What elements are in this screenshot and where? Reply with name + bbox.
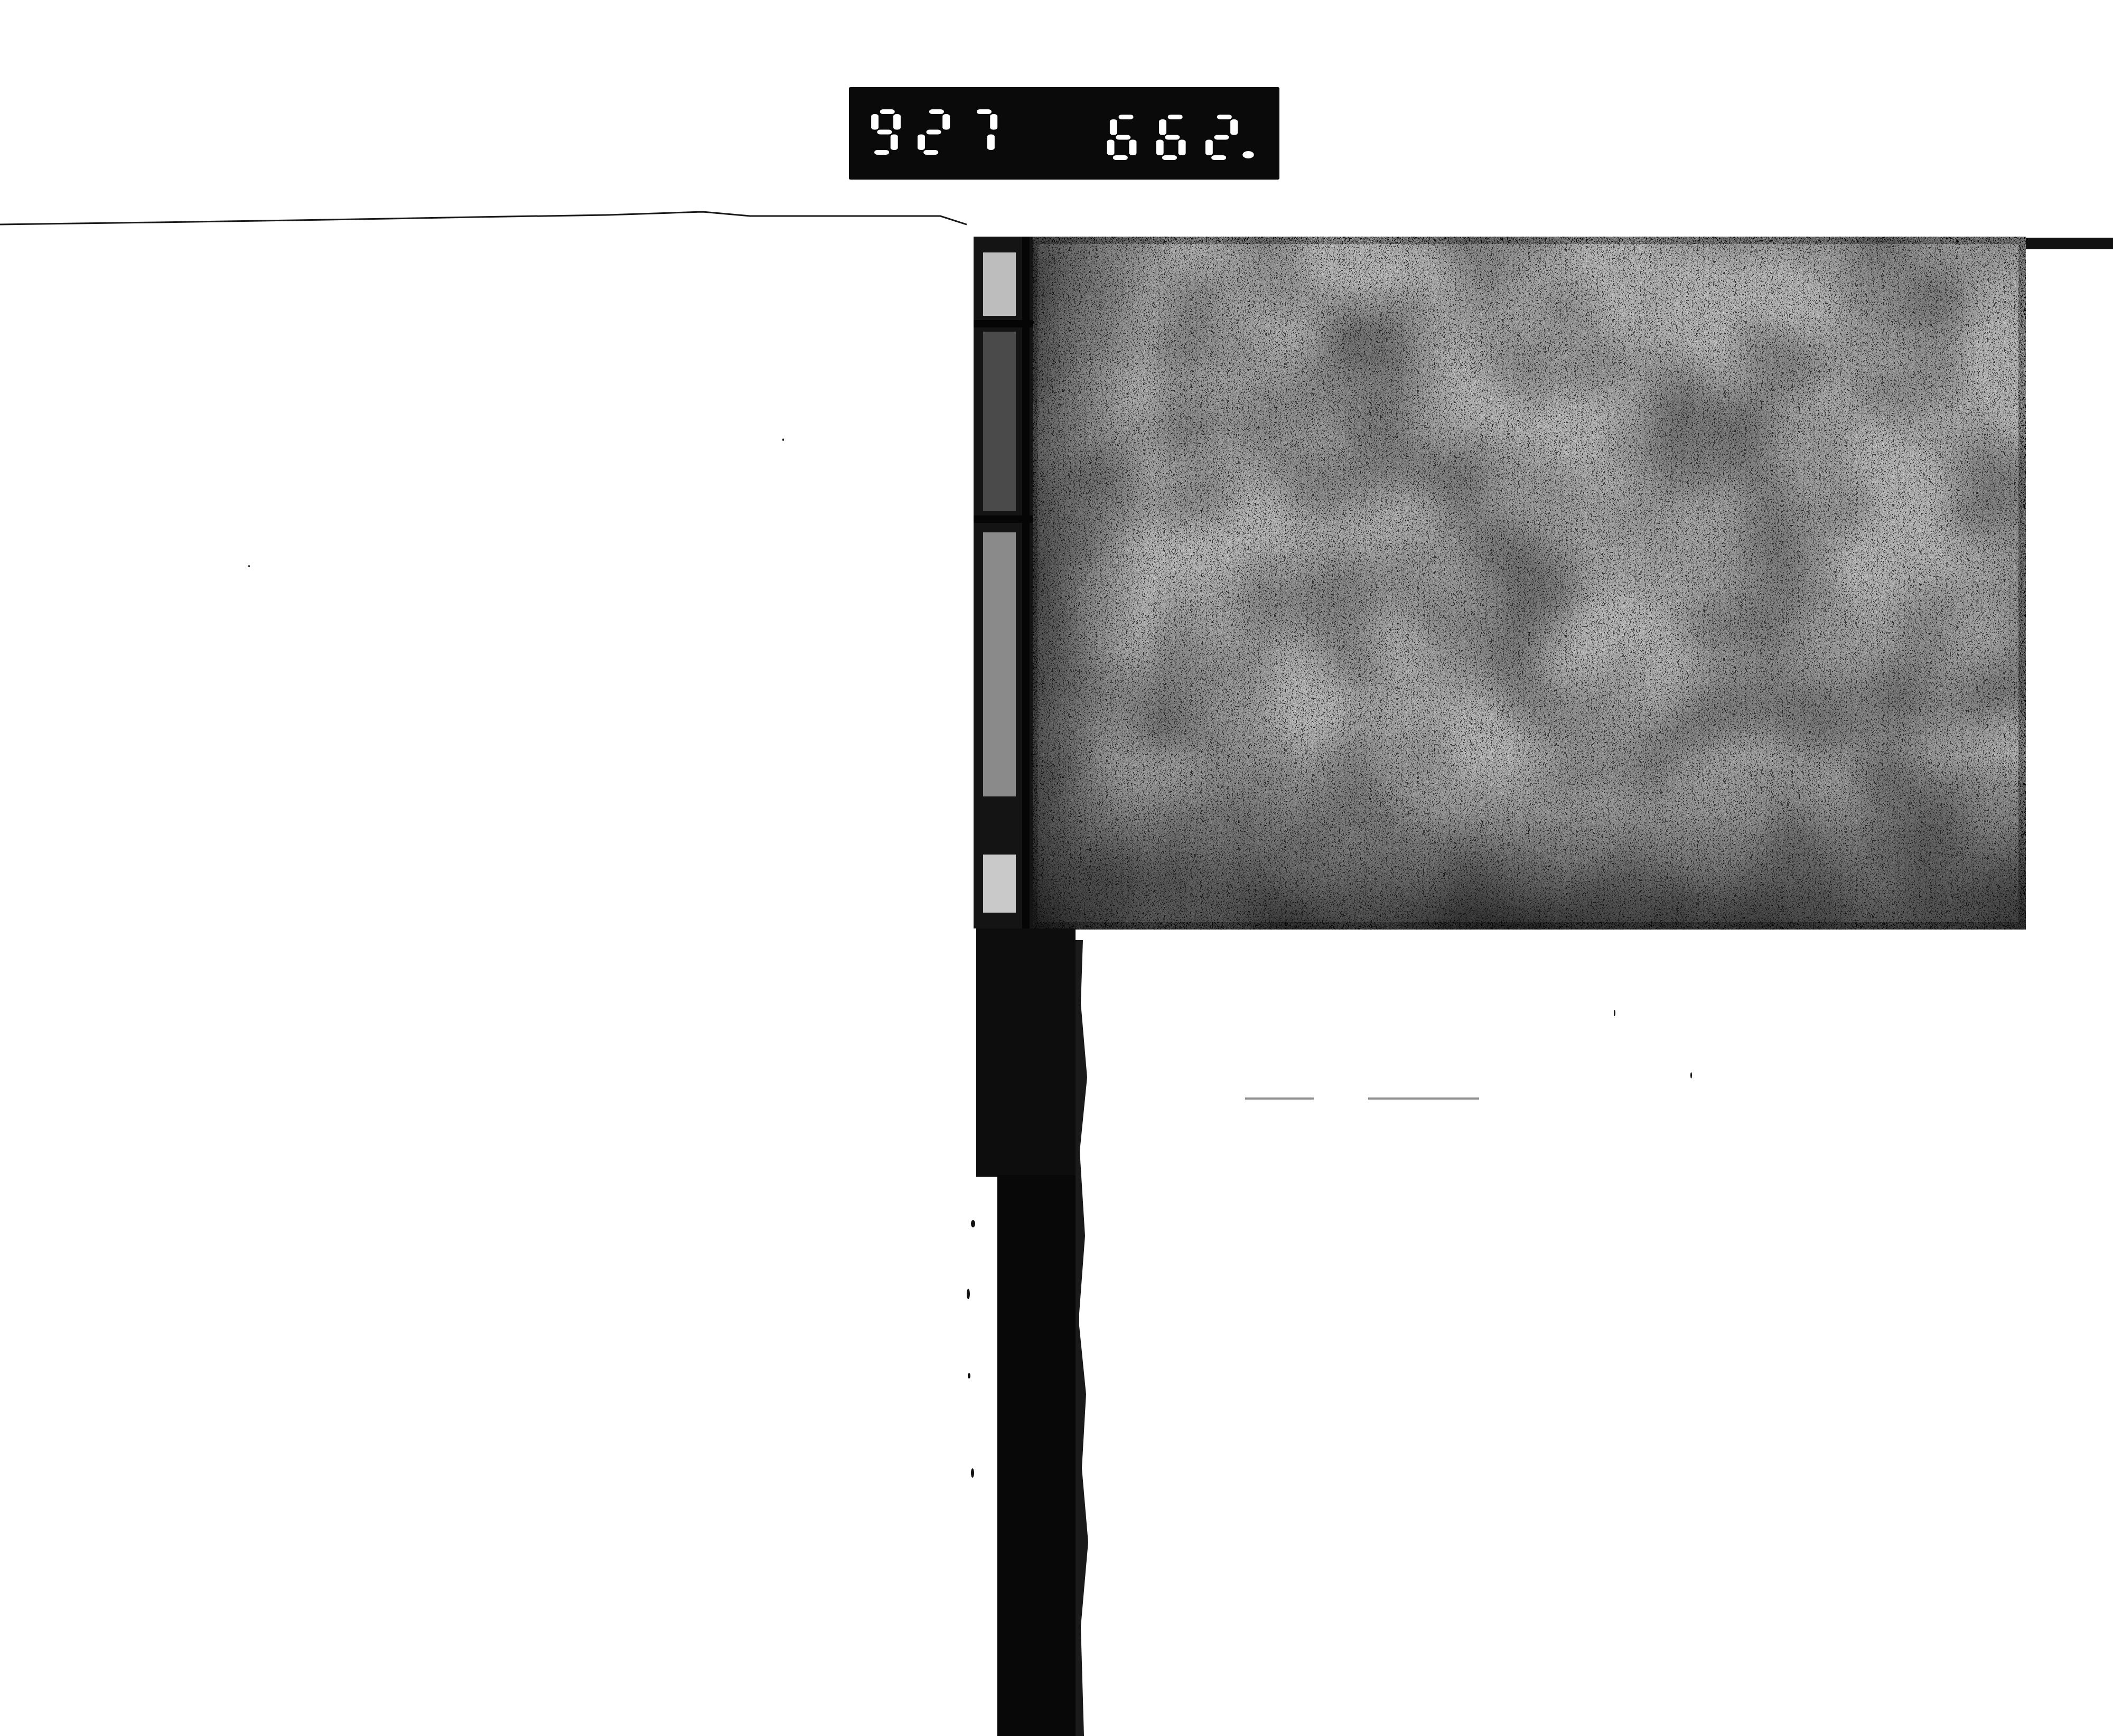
dust-speck <box>248 565 250 567</box>
segment-digit <box>977 109 997 150</box>
spine-panel-4 <box>983 855 1016 913</box>
segment-digit <box>1107 115 1137 160</box>
spine-panel-1 <box>983 252 1016 316</box>
dust-speck <box>968 1373 970 1378</box>
cover-edge-band <box>2026 238 2113 249</box>
spine-panel-2 <box>983 332 1016 511</box>
decimal-point <box>1242 151 1254 158</box>
cover-texture <box>1030 237 2026 930</box>
segment-digit <box>918 109 950 155</box>
seven-segment-display <box>849 87 1279 180</box>
spine-cover-joint <box>1022 237 1030 928</box>
book-spine <box>974 237 1033 928</box>
segment-digit <box>1156 115 1186 160</box>
dust-speck <box>1614 1010 1615 1016</box>
binding-bar-lower <box>997 1175 1079 1736</box>
dust-speck <box>971 1220 975 1227</box>
binding-bar-upper <box>976 928 1076 1177</box>
dust-speck <box>971 1468 974 1478</box>
page-edge-line <box>0 209 967 230</box>
dust-speck <box>1690 1072 1692 1078</box>
book-cover <box>1030 237 2026 930</box>
segment-digit <box>1205 115 1238 160</box>
scanned-page: 927 662. <box>0 0 2113 1736</box>
faint-rule <box>1368 1097 1479 1100</box>
counter-label: 927 662. <box>849 87 1279 180</box>
dust-speck <box>967 1289 970 1299</box>
segment-digit <box>871 109 901 155</box>
faint-rule <box>1245 1097 1314 1100</box>
dust-speck <box>782 438 784 441</box>
binding-bar-ragged-edge <box>1076 940 1089 1736</box>
spine-panel-3 <box>983 532 1016 796</box>
